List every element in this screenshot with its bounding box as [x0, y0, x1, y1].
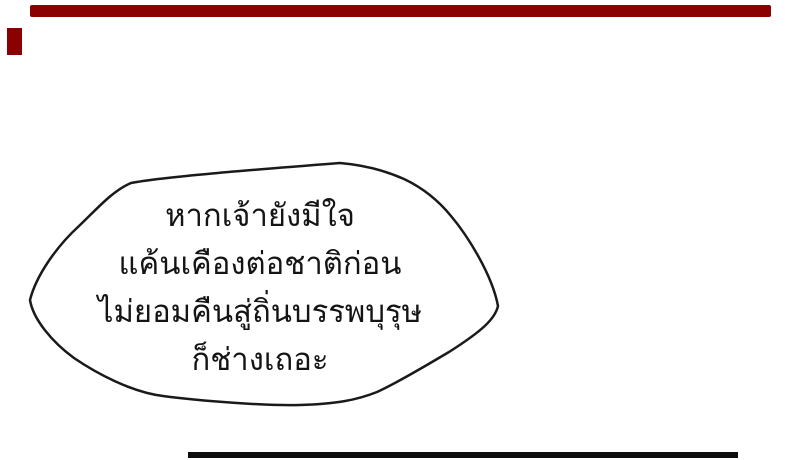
bubble-line-3: ไม่ยอมคืนสู่ถิ่นบรรพบุรุษ: [40, 288, 480, 336]
bottom-divider-line: [188, 452, 738, 458]
bubble-line-4: ก็ช่างเถอะ: [40, 336, 480, 384]
bubble-text: หากเจ้ายังมีใจ แค้นเคืองต่อชาติก่อน ไม่ย…: [40, 192, 480, 384]
bubble-line-1: หากเจ้ายังมีใจ: [40, 192, 480, 240]
bubble-line-2: แค้นเคืองต่อชาติก่อน: [40, 240, 480, 288]
comic-panel: หากเจ้ายังมีใจ แค้นเคืองต่อชาติก่อน ไม่ย…: [0, 0, 800, 460]
